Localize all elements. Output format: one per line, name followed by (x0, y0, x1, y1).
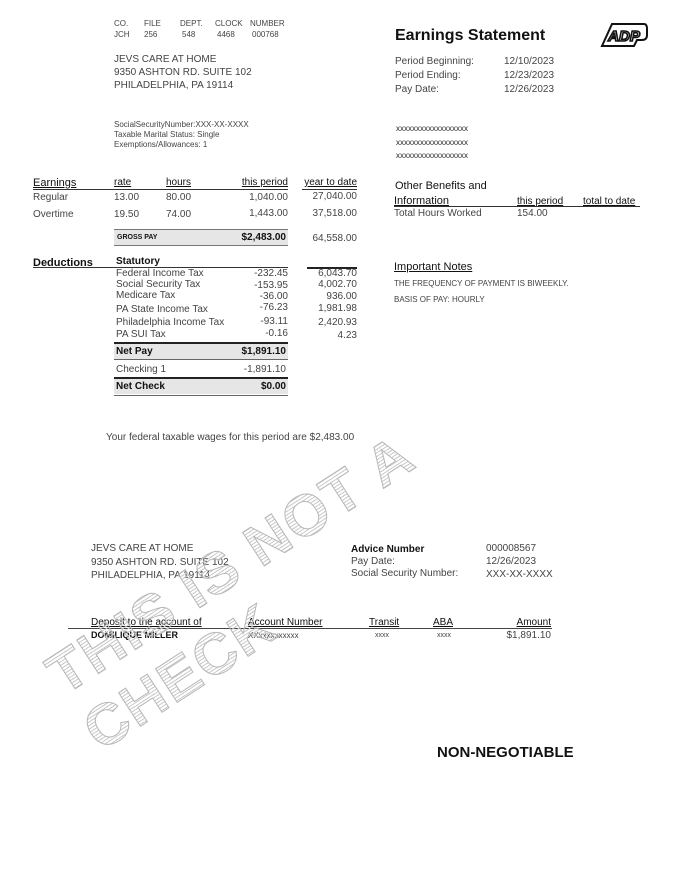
earnings-hours: 80.00 (166, 192, 191, 203)
earnings-this-period: 1,040.00 (218, 192, 288, 203)
code-label-number: NUMBER (250, 19, 285, 28)
net-check-label: Net Check (116, 381, 165, 392)
statutory-title: Statutory (116, 256, 160, 267)
deduction-ytd: 4,002.70 (287, 279, 357, 290)
notes-title: Important Notes (394, 261, 472, 273)
code-label-clock: CLOCK (215, 19, 243, 28)
code-label-dept: DEPT. (180, 19, 203, 28)
deduction-this-period: -76.23 (218, 302, 288, 313)
code-value-dept: 548 (182, 30, 195, 39)
deduction-ytd: 936.00 (287, 291, 357, 302)
col-aba: ABA (433, 617, 453, 628)
deduction-ytd: 2,420.93 (287, 317, 357, 328)
deduction-label: Social Security Tax (116, 279, 200, 290)
code-value-number: 000768 (252, 30, 279, 39)
deduction-label: Federal Income Tax (116, 268, 204, 279)
pay-date-label: Pay Date: (395, 84, 439, 95)
earnings-hours: 74.00 (166, 209, 191, 220)
checking-value: -1,891.10 (208, 364, 286, 375)
statement-title: Earnings Statement (395, 27, 545, 45)
company-name: JEVS CARE AT HOME (114, 54, 216, 65)
code-label-file: FILE (144, 19, 161, 28)
earnings-this-period: 1,443.00 (218, 208, 288, 219)
masked-line-1: xxxxxxxxxxxxxxxxxx (396, 124, 468, 133)
deposit-transit: xxxx (375, 632, 389, 639)
deduction-label: PA State Income Tax (116, 304, 208, 315)
advice-pay-date-value: 12/26/2023 (486, 556, 536, 567)
total-hours-value: 154.00 (517, 208, 548, 219)
code-value-co: JCH (114, 30, 130, 39)
note-line-2: BASIS OF PAY: HOURLY (394, 295, 485, 304)
gross-pay-this-period: $2,483.00 (208, 232, 286, 243)
col-amount: Amount (490, 617, 551, 628)
earnings-ytd: 27,040.00 (287, 191, 357, 202)
exemptions-text: Exemptions/Allowances: 1 (114, 140, 207, 149)
earnings-rate: 13.00 (114, 192, 139, 203)
advice-ssn-value: XXX-XX-XXXX (486, 569, 553, 580)
deduction-this-period: -0.16 (218, 328, 288, 339)
period-ending-label: Period Ending: (395, 70, 461, 81)
earnings-ytd: 37,518.00 (287, 208, 357, 219)
deduction-this-period: -153.95 (218, 280, 288, 291)
code-value-file: 256 (144, 30, 157, 39)
gross-pay-ytd: 64,558.00 (287, 233, 357, 244)
deduction-this-period: -36.00 (218, 291, 288, 302)
deposit-aba: xxxx (437, 632, 451, 639)
earnings-rate: 19.50 (114, 209, 139, 220)
deduction-ytd: 6,043.70 (287, 268, 357, 279)
other-benefits-title-1: Other Benefits and (395, 180, 487, 192)
earnings-label: Overtime (33, 209, 74, 220)
gross-pay-label: GROSS PAY (117, 234, 157, 241)
earnings-label: Regular (33, 192, 68, 203)
col-rate: rate (114, 177, 131, 188)
deduction-ytd: 4.23 (287, 330, 357, 341)
advice-number-value: 000008567 (486, 543, 536, 554)
svg-text:ADP: ADP (607, 28, 641, 45)
adp-logo-icon: ADP (600, 22, 648, 48)
earnings-title: Earnings (33, 177, 76, 189)
deduction-this-period: -232.45 (218, 268, 288, 279)
note-line-1: THE FREQUENCY OF PAYMENT IS BIWEEKLY. (394, 279, 569, 288)
ssn-text: SocialSecurityNumber:XXX-XX-XXXX (114, 120, 249, 129)
col-transit: Transit (369, 617, 399, 628)
company-address-line1: 9350 ASHTON RD. SUITE 102 (114, 67, 252, 78)
deduction-label: Philadelphia Income Tax (116, 317, 224, 328)
non-negotiable-label: NON-NEGOTIABLE (437, 744, 574, 761)
masked-line-3: xxxxxxxxxxxxxxxxxx (396, 151, 468, 160)
checking-label: Checking 1 (116, 364, 166, 375)
net-pay-value: $1,891.10 (208, 346, 286, 357)
col-this-period: this period (517, 196, 563, 207)
deduction-ytd: 1,981.98 (287, 303, 357, 314)
code-value-clock: 4468 (217, 30, 235, 39)
col-year-to-date: year to date (297, 177, 357, 188)
col-hours: hours (166, 177, 191, 188)
federal-taxable-wages-text: Your federal taxable wages for this peri… (106, 432, 354, 443)
total-hours-label: Total Hours Worked (394, 208, 482, 219)
pay-date-value: 12/26/2023 (504, 84, 554, 95)
advice-company-name: JEVS CARE AT HOME (91, 543, 193, 554)
code-label-co: CO. (114, 19, 128, 28)
period-ending-value: 12/23/2023 (504, 70, 554, 81)
col-this-period: this period (218, 177, 288, 188)
marital-status-text: Taxable Marital Status: Single (114, 130, 219, 139)
period-beginning-label: Period Beginning: (395, 56, 474, 67)
company-address-line2: PHILADELPHIA, PA 19114 (114, 80, 233, 91)
net-pay-label: Net Pay (116, 346, 153, 357)
masked-line-2: xxxxxxxxxxxxxxxxxx (396, 138, 468, 147)
net-check-value: $0.00 (208, 381, 286, 392)
col-total-to-date: total to date (583, 196, 635, 207)
deduction-this-period: -93.11 (218, 316, 288, 327)
period-beginning-value: 12/10/2023 (504, 56, 554, 67)
deduction-label: Medicare Tax (116, 290, 175, 301)
deduction-label: PA SUI Tax (116, 329, 166, 340)
deposit-amount: $1,891.10 (490, 630, 551, 641)
